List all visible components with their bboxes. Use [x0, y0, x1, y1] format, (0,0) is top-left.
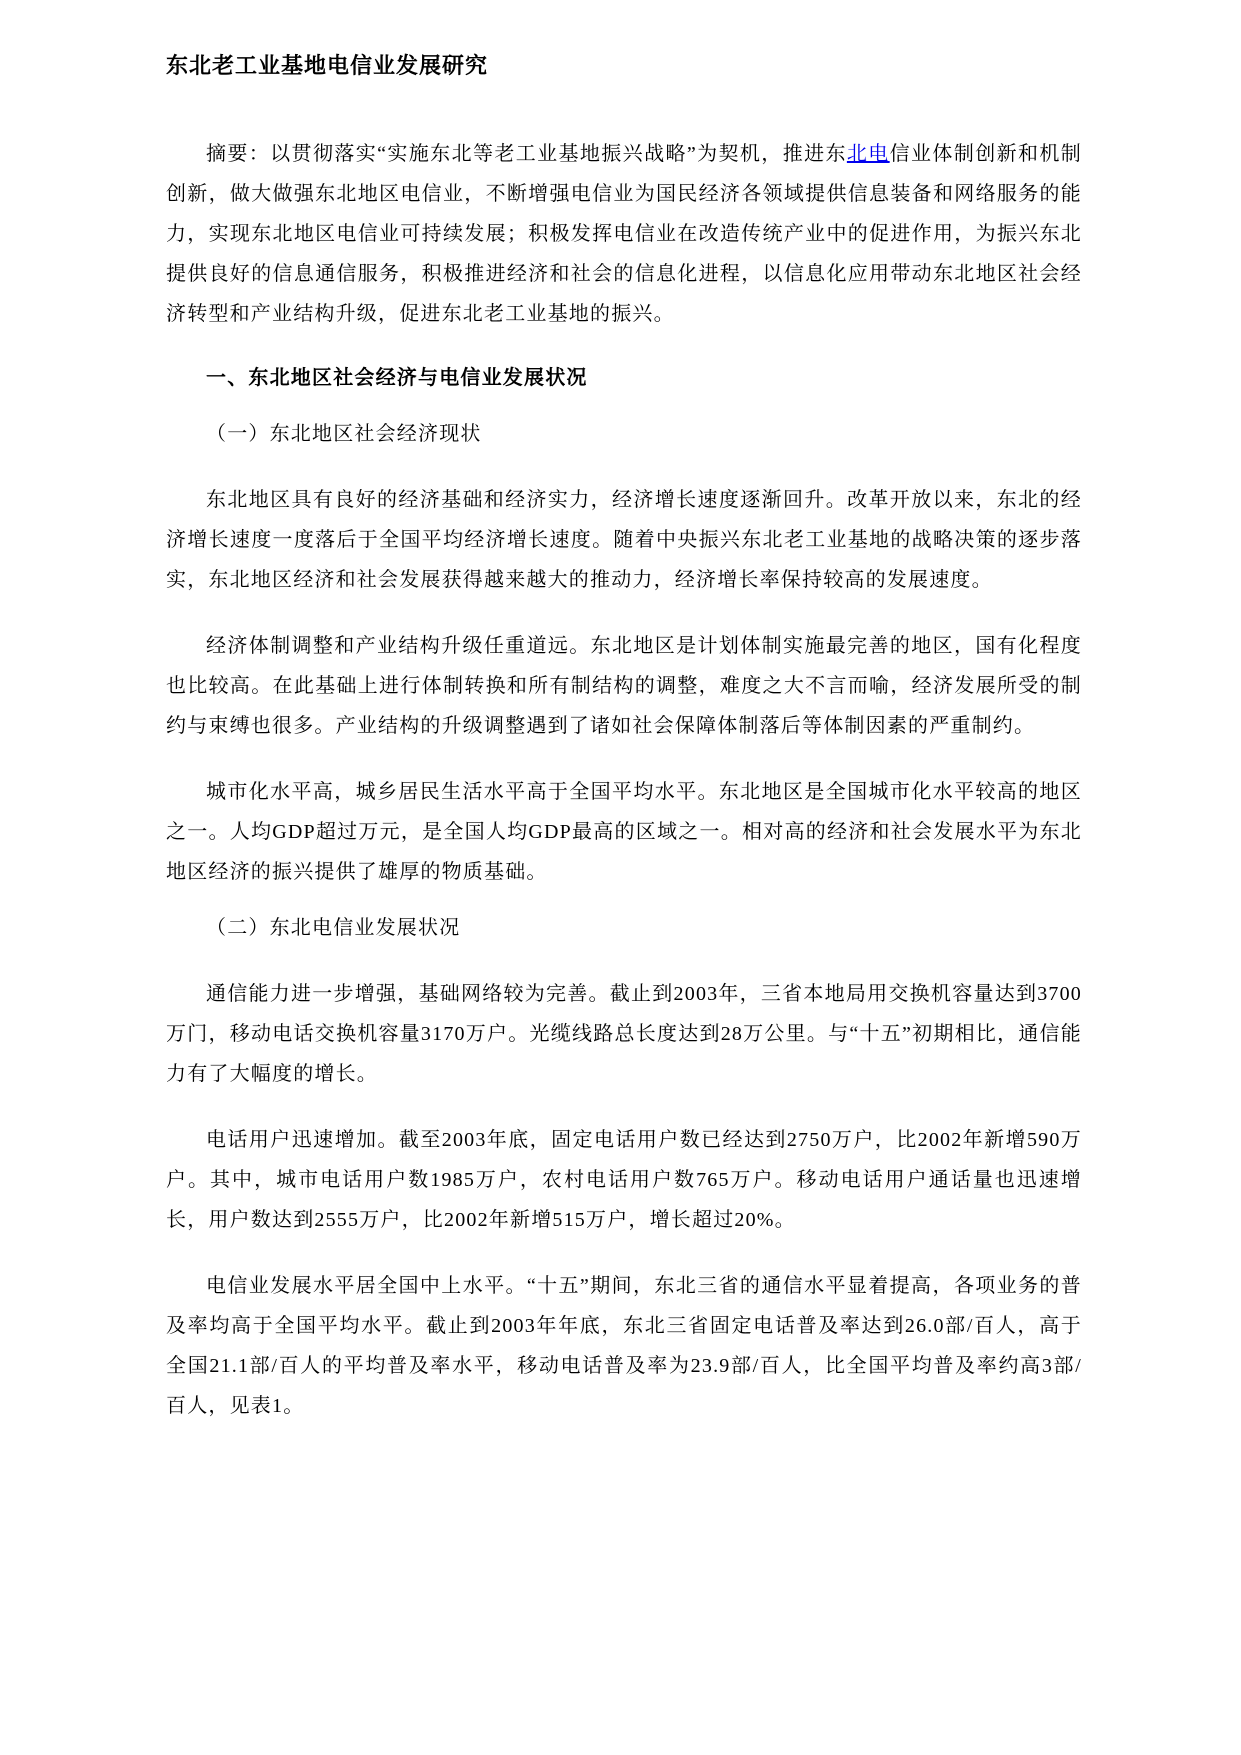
document-title: 东北老工业基地电信业发展研究: [166, 50, 1082, 82]
sub2-paragraph-3: 电信业发展水平居全国中上水平。“十五”期间，东北三省的通信水平显着提高，各项业务…: [166, 1266, 1082, 1426]
sub1-paragraph-3: 城市化水平高，城乡居民生活水平高于全国平均水平。东北地区是全国城市化水平较高的地…: [166, 772, 1082, 892]
sub2-paragraph-1: 通信能力进一步增强，基础网络较为完善。截止到2003年，三省本地局用交换机容量达…: [166, 974, 1082, 1094]
document-content: 东北老工业基地电信业发展研究 摘要：以贯彻落实“实施东北等老工业基地振兴战略”为…: [0, 0, 1241, 1426]
beidian-hyperlink[interactable]: 北电: [847, 143, 890, 165]
section1-sub1-heading: （一）东北地区社会经济现状: [166, 414, 1082, 454]
sub1-paragraph-1: 东北地区具有良好的经济基础和经济实力，经济增长速度逐渐回升。改革开放以来，东北的…: [166, 480, 1082, 600]
abstract-text-after-link: 信业体制创新和机制创新，做大做强东北地区电信业，不断增强电信业为国民经济各领域提…: [166, 143, 1082, 325]
sub1-paragraph-2: 经济体制调整和产业结构升级任重道远。东北地区是计划体制实施最完善的地区，国有化程…: [166, 626, 1082, 746]
section1-heading: 一、东北地区社会经济与电信业发展状况: [166, 358, 1082, 398]
abstract-paragraph: 摘要：以贯彻落实“实施东北等老工业基地振兴战略”为契机，推进东北电信业体制创新和…: [166, 134, 1082, 334]
abstract-text-before-link: 摘要：以贯彻落实“实施东北等老工业基地振兴战略”为契机，推进东: [206, 143, 847, 165]
sub2-paragraph-2: 电话用户迅速增加。截至2003年底，固定电话用户数已经达到2750万户，比200…: [166, 1120, 1082, 1240]
document-page: 东北老工业基地电信业发展研究 摘要：以贯彻落实“实施东北等老工业基地振兴战略”为…: [0, 0, 1241, 1755]
section1-sub2-heading: （二）东北电信业发展状况: [166, 908, 1082, 948]
